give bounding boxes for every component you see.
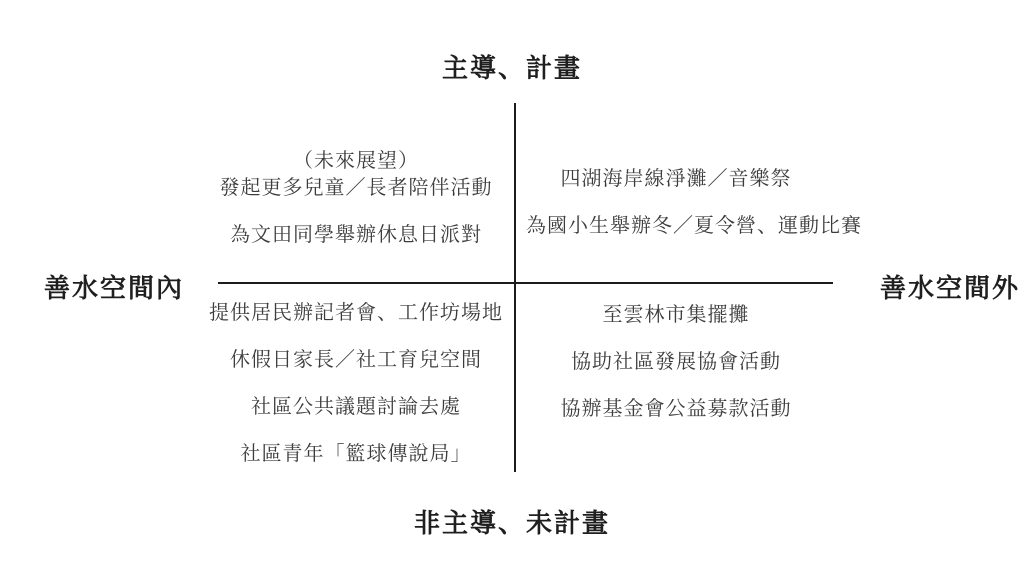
quadrant-bottom-left: 提供居民辦記者會、工作坊場地休假日家長／社工育兒空間社區公共議題討論去處社區青年… (208, 300, 504, 488)
quadrant-item: 四湖海岸線淨灘／音樂祭 (526, 166, 826, 193)
quadrant-bottom-right: 至雲林市集擺攤協助社區發展協會活動協辦基金會公益募款活動 (526, 302, 826, 443)
axis-label-top: 主導、計畫 (0, 48, 1024, 85)
quadrant-item-line: 至雲林市集擺攤 (526, 302, 826, 329)
quadrant-top-right: 四湖海岸線淨灘／音樂祭為國小生舉辦冬／夏令營、運動比賽 (526, 166, 826, 260)
horizontal-axis-line (218, 282, 833, 284)
quadrant-item-line: 發起更多兒童／長者陪伴活動 (208, 175, 504, 202)
quadrant-item: （未來展望）發起更多兒童／長者陪伴活動 (208, 148, 504, 202)
quadrant-diagram: 主導、計畫 非主導、未計畫 善水空間內 善水空間外 （未來展望）發起更多兒童／長… (0, 0, 1024, 576)
quadrant-item: 社區青年「籃球傳說局」 (208, 441, 504, 468)
quadrant-item: 提供居民辦記者會、工作坊場地 (208, 300, 504, 327)
quadrant-item-line: 協助社區發展協會活動 (526, 349, 826, 376)
quadrant-item-line: 社區公共議題討論去處 (208, 394, 504, 421)
quadrant-item-line: （未來展望） (208, 148, 504, 175)
quadrant-item: 休假日家長／社工育兒空間 (208, 347, 504, 374)
quadrant-item: 為國小生舉辦冬／夏令營、運動比賽 (526, 213, 826, 240)
quadrant-top-left: （未來展望）發起更多兒童／長者陪伴活動為文田同學舉辦休息日派對 (208, 148, 504, 269)
quadrant-item: 協助社區發展協會活動 (526, 349, 826, 376)
quadrant-item: 至雲林市集擺攤 (526, 302, 826, 329)
quadrant-item-line: 社區青年「籃球傳說局」 (208, 441, 504, 468)
quadrant-item: 社區公共議題討論去處 (208, 394, 504, 421)
axis-label-left: 善水空間內 (44, 268, 184, 305)
quadrant-item-line: 協辦基金會公益募款活動 (526, 396, 826, 423)
quadrant-item-line: 四湖海岸線淨灘／音樂祭 (526, 166, 826, 193)
quadrant-item: 為文田同學舉辦休息日派對 (208, 222, 504, 249)
quadrant-item: 協辦基金會公益募款活動 (526, 396, 826, 423)
quadrant-item-line: 休假日家長／社工育兒空間 (208, 347, 504, 374)
axis-label-bottom: 非主導、未計畫 (0, 503, 1024, 540)
vertical-axis-line (514, 103, 516, 472)
quadrant-item-line: 提供居民辦記者會、工作坊場地 (208, 300, 504, 327)
axis-label-right: 善水空間外 (880, 268, 1020, 305)
quadrant-item-line: 為國小生舉辦冬／夏令營、運動比賽 (526, 213, 826, 240)
quadrant-item-line: 為文田同學舉辦休息日派對 (208, 222, 504, 249)
